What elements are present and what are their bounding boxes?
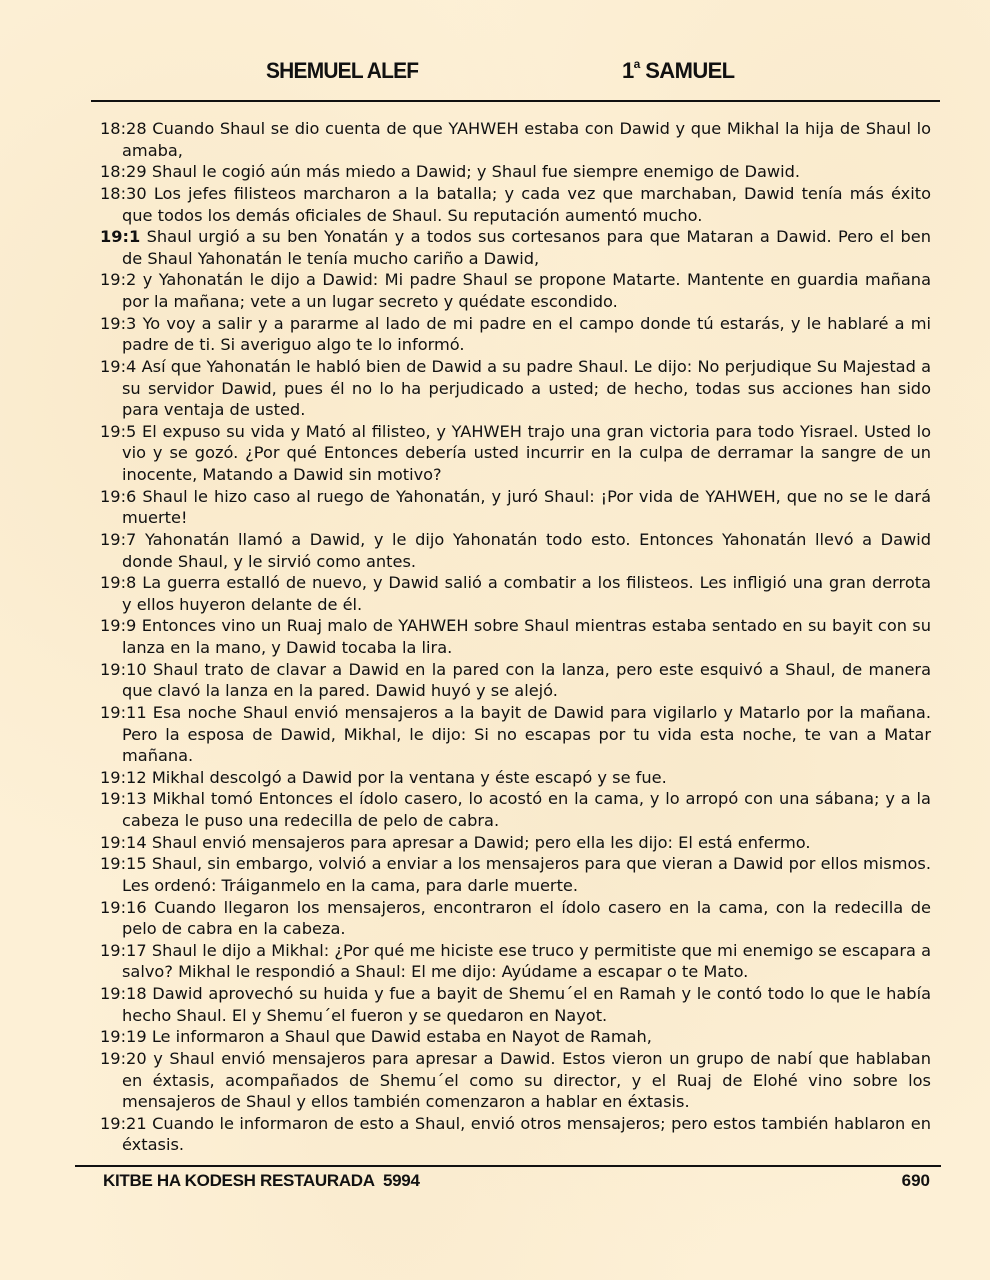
verse: 19:7 Yahonatán llamó a Dawid, y le dijo … [100,529,931,572]
verse-reference: 19:13 [100,789,147,808]
verse-reference: 19:12 [100,768,147,787]
verse: 19:17 Shaul le dijo a Mikhal: ¿Por qué m… [100,940,931,983]
verse-text: La guerra estalló de nuevo, y Dawid sali… [122,573,931,614]
verse-reference: 19:14 [100,833,147,852]
verse-text: El expuso su vida y Mató al filisteo, y … [122,422,931,484]
verse-reference: 19:7 [100,530,136,549]
verse: 19:1 Shaul urgió a su ben Yonatán y a to… [100,226,931,269]
verse-reference: 19:3 [100,314,136,333]
verse: 18:28 Cuando Shaul se dio cuenta de que … [100,118,931,161]
verse-text: Shaul le dijo a Mikhal: ¿Por qué me hici… [122,941,931,982]
verse: 19:5 El expuso su vida y Mató al filiste… [100,421,931,486]
verse-text: Shaul urgió a su ben Yonatán y a todos s… [122,227,931,268]
verse-reference: 19:10 [100,660,147,679]
verse-reference: 19:8 [100,573,136,592]
verse-reference: 19:20 [100,1049,147,1068]
verse-reference: 19:6 [100,487,136,506]
verse-text: y Shaul envió mensajeros para apresar a … [122,1049,931,1111]
verse-reference: 19:18 [100,984,147,1003]
book-title-hebrew: SHEMUEL ALEF [266,58,418,84]
book-number: 1 [622,58,634,83]
verse-text: y Yahonatán le dijo a Dawid: Mi padre Sh… [122,270,931,311]
verse-text: Mikhal descolgó a Dawid por la ventana y… [152,768,667,787]
verse-reference: 19:1 [100,227,140,246]
verse-reference: 19:11 [100,703,147,722]
verse-text: Cuando le informaron de esto a Shaul, en… [122,1114,931,1155]
verse-reference: 19:4 [100,357,136,376]
verse-reference: 19:16 [100,898,147,917]
verse-text: Shaul trato de clavar a Dawid en la pare… [122,660,931,701]
verse-text: Shaul envió mensajeros para apresar a Da… [152,833,811,852]
verse: 19:14 Shaul envió mensajeros para apresa… [100,832,931,854]
verse-text: Dawid aprovechó su huida y fue a bayit d… [122,984,931,1025]
book-name: SAMUEL [640,58,735,83]
verse: 19:11 Esa noche Shaul envió mensajeros a… [100,702,931,767]
verse: 19:20 y Shaul envió mensajeros para apre… [100,1048,931,1113]
verse-text: Yahonatán llamó a Dawid, y le dijo Yahon… [122,530,931,571]
page-footer: KITBE HA KODESH RESTAURADA 5994 690 [0,1171,990,1195]
verse-text: Shaul, sin embargo, volvió a enviar a lo… [122,854,931,895]
verse: 19:8 La guerra estalló de nuevo, y Dawid… [100,572,931,615]
page-header: SHEMUEL ALEF 1a SAMUEL [0,58,990,92]
verse: 19:18 Dawid aprovechó su huida y fue a b… [100,983,931,1026]
ordinal-indicator: a [634,57,640,71]
verse-reference: 19:2 [100,270,136,289]
verse: 18:29 Shaul le cogió aún más miedo a Daw… [100,161,931,183]
verse-reference: 19:17 [100,941,147,960]
verse-text: Shaul le cogió aún más miedo a Dawid; y … [152,162,800,181]
verse-text: Yo voy a salir y a pararme al lado de mi… [122,314,931,355]
verse-reference: 18:29 [100,162,147,181]
footer-divider [75,1165,941,1167]
scripture-text: 18:28 Cuando Shaul se dio cuenta de que … [100,118,931,1156]
verse-text: Así que Yahonatán le habló bien de Dawid… [122,357,931,419]
verse: 19:9 Entonces vino un Ruaj malo de YAHWE… [100,615,931,658]
verse-reference: 19:21 [100,1114,147,1133]
verse: 18:30 Los jefes filisteos marcharon a la… [100,183,931,226]
verse-text: Shaul le hizo caso al ruego de Yahonatán… [122,487,931,528]
header-divider [91,100,940,102]
verse-text: Entonces vino un Ruaj malo de YAHWEH sob… [122,616,931,657]
verse-text: Los jefes filisteos marcharon a la batal… [122,184,931,225]
verse-reference: 18:28 [100,119,147,138]
verse: 19:3 Yo voy a salir y a pararme al lado … [100,313,931,356]
verse-reference: 18:30 [100,184,147,203]
verse-text: Cuando Shaul se dio cuenta de que YAHWEH… [122,119,931,160]
verse-text: Mikhal tomó Entonces el ídolo casero, lo… [122,789,931,830]
verse: 19:13 Mikhal tomó Entonces el ídolo case… [100,788,931,831]
verse: 19:12 Mikhal descolgó a Dawid por la ven… [100,767,931,789]
verse: 19:16 Cuando llegaron los mensajeros, en… [100,897,931,940]
verse: 19:21 Cuando le informaron de esto a Sha… [100,1113,931,1156]
verse: 19:6 Shaul le hizo caso al ruego de Yaho… [100,486,931,529]
verse: 19:4 Así que Yahonatán le habló bien de … [100,356,931,421]
verse: 19:15 Shaul, sin embargo, volvió a envia… [100,853,931,896]
verse-reference: 19:5 [100,422,136,441]
verse-text: Esa noche Shaul envió mensajeros a la ba… [122,703,931,765]
verse-text: Le informaron a Shaul que Dawid estaba e… [152,1027,652,1046]
verse: 19:19 Le informaron a Shaul que Dawid es… [100,1026,931,1048]
verse: 19:2 y Yahonatán le dijo a Dawid: Mi pad… [100,269,931,312]
verse-reference: 19:9 [100,616,136,635]
page-number: 690 [902,1171,930,1191]
verse-text: Cuando llegaron los mensajeros, encontra… [122,898,931,939]
verse-reference: 19:19 [100,1027,147,1046]
verse-reference: 19:15 [100,854,147,873]
footer-book-title: KITBE HA KODESH RESTAURADA 5994 [103,1171,420,1191]
verse: 19:10 Shaul trato de clavar a Dawid en l… [100,659,931,702]
book-title-spanish: 1a SAMUEL [622,58,735,84]
